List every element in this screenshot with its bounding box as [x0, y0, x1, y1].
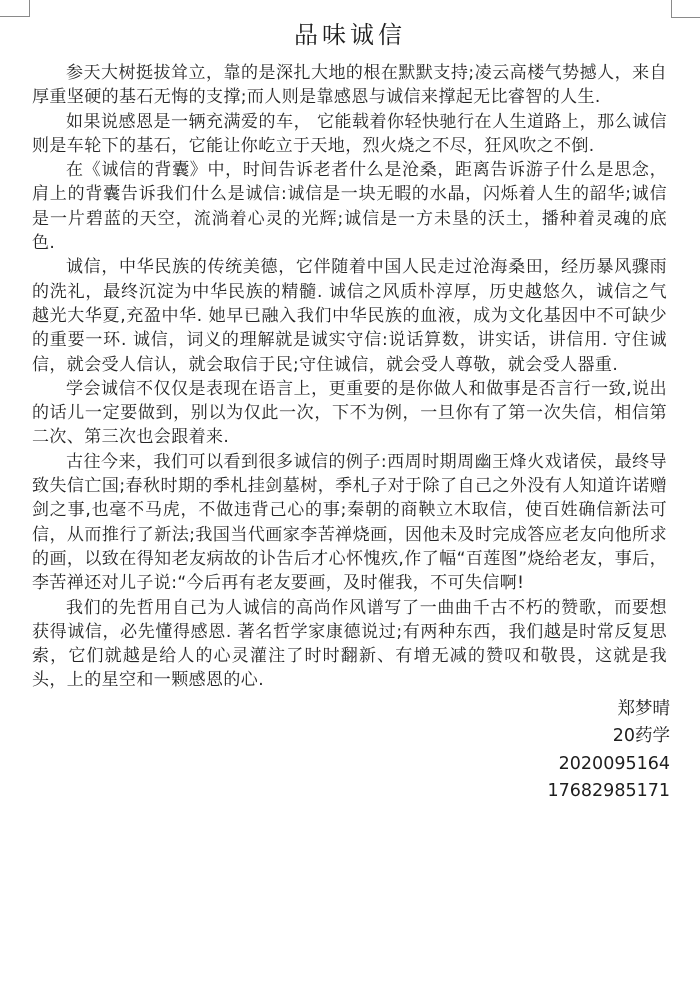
author-class: 20药学 [0, 723, 670, 751]
essay-paragraph: 古往今来，我们可以看到很多诚信的例子:西周时期周幽王烽火戏诸侯，最终导致失信亡国… [32, 450, 667, 596]
essay-paragraph: 我们的先哲用自己为人诚信的高尚作风谱写了一曲曲千古不朽的赞歌，而要想获得诚信，必… [32, 596, 667, 693]
scan-corner-mark-left [0, 0, 30, 17]
essay-body: 参天大树挺拔耸立，靠的是深扎大地的根在默默支持;凌云高楼气势撼人，来自厚重坚硬的… [0, 50, 700, 693]
author-name: 郑梦晴 [0, 696, 670, 724]
scan-corner-mark-right [671, 0, 700, 18]
essay-paragraph: 在《诚信的背囊》中，时间告诉老者什么是沧桑，距离告诉游子什么是思念，肩上的背囊告… [32, 158, 667, 255]
phone-number: 17682985171 [0, 778, 670, 806]
essay-paragraph: 诚信，中华民族的传统美德，它伴随着中国人民走过沧海桑田，经历暴风骤雨的洗礼，最终… [32, 255, 667, 376]
essay-title: 品味诚信 [0, 0, 700, 50]
essay-paragraph: 学会诚信不仅仅是表现在语言上，更重要的是你做人和做事是否言行一致,说出的话儿一定… [32, 377, 667, 450]
student-id: 2020095164 [0, 751, 670, 779]
essay-paragraph: 参天大树挺拔耸立，靠的是深扎大地的根在默默支持;凌云高楼气势撼人，来自厚重坚硬的… [32, 61, 667, 110]
essay-page: 品味诚信 参天大树挺拔耸立，靠的是深扎大地的根在默默支持;凌云高楼气势撼人，来自… [0, 0, 700, 987]
essay-paragraph: 如果说感恩是一辆充满爱的车， 它能载着你轻快驰行在人生道路上，那么诚信则是车轮下… [32, 110, 667, 159]
signature-block: 郑梦晴 20药学 2020095164 17682985171 [0, 696, 700, 806]
